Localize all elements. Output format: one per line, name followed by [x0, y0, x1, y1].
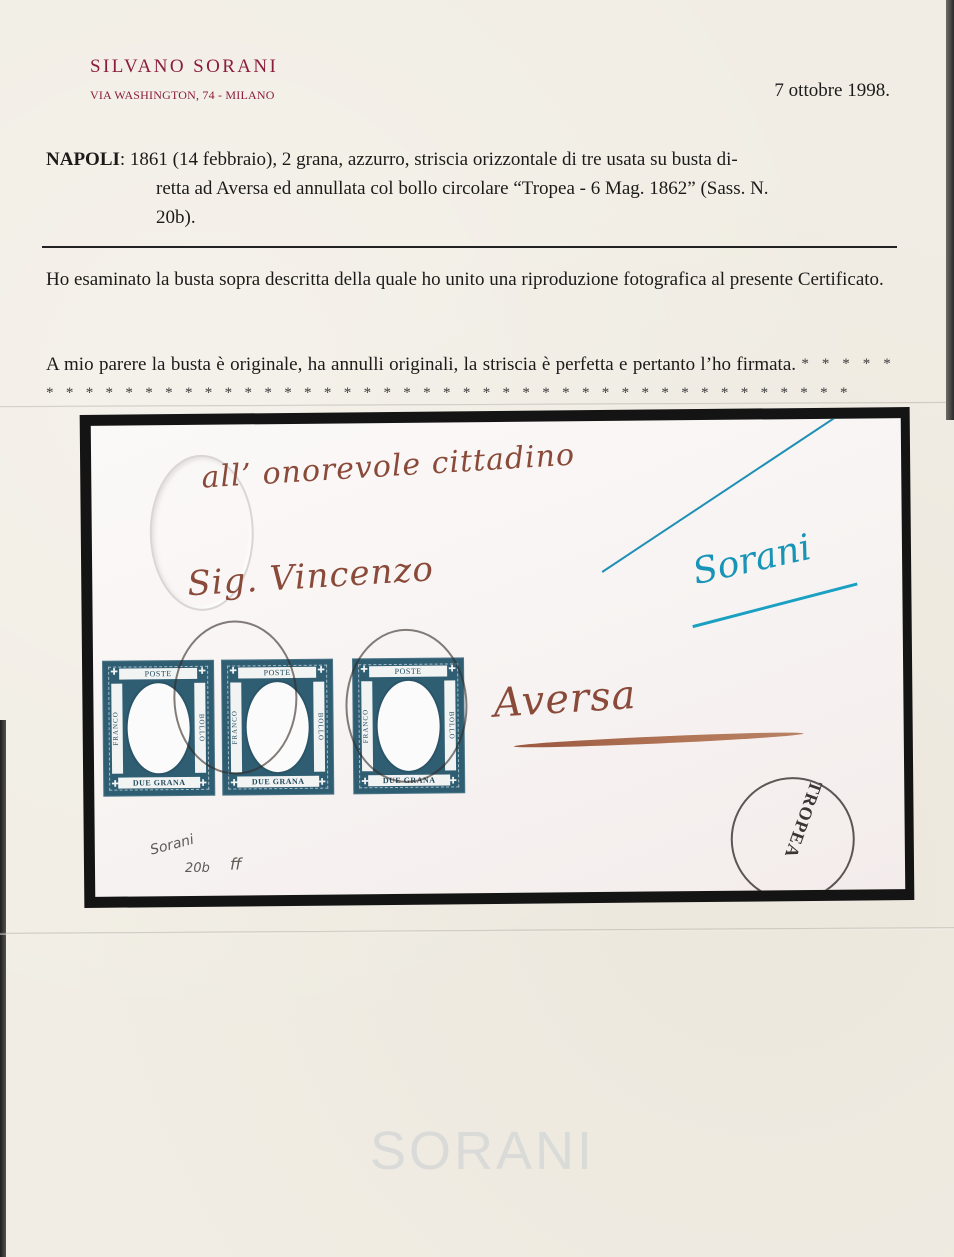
- letterhead: SILVANO SORANI VIA WASHINGTON, 74 - MILA…: [90, 56, 278, 103]
- cross-icon: ✚: [317, 666, 325, 674]
- tropea-postmark: TROPEA: [730, 777, 855, 897]
- item-description: NAPOLI: 1861 (14 febbraio), 2 grana, azz…: [46, 145, 895, 232]
- examination-paragraph: Ho esaminato la busta sopra descritta de…: [46, 265, 895, 294]
- description-line-1: : 1861 (14 febbraio), 2 grana, azzurro, …: [120, 149, 738, 170]
- cover-photograph: all’ onorevole cittadino Sig. Vincenzo A…: [80, 407, 915, 908]
- description-line-3: 20b).: [46, 203, 895, 232]
- scan-edge-right: [946, 0, 954, 420]
- certificate-page: SILVANO SORANI VIA WASHINGTON, 74 - MILA…: [0, 0, 954, 1257]
- postmark-place: TROPEA: [780, 778, 827, 861]
- certificate-date: 7 ottobre 1998.: [774, 80, 890, 102]
- postmark-circle: [173, 620, 298, 775]
- expert-name: SILVANO SORANI: [90, 56, 278, 78]
- description-line-2: retta ad Aversa ed annullata col bollo c…: [46, 174, 895, 203]
- embossed-watermark: SORANI: [370, 1120, 595, 1182]
- postmark-circle: [345, 628, 468, 783]
- cross-icon: ✚: [110, 668, 118, 676]
- divider-rule: [42, 246, 897, 248]
- cross-icon: ✚: [361, 777, 369, 785]
- stamp-value-label: DUE GRANA: [118, 777, 200, 789]
- description-label: NAPOLI: [46, 149, 120, 170]
- cross-icon: ✚: [111, 780, 119, 788]
- expert-signature: Sorani: [689, 527, 815, 593]
- scan-edge-left: [0, 720, 6, 1257]
- opinion-text: A mio parere la busta è originale, ha an…: [46, 354, 796, 375]
- fold-line-bottom: [0, 927, 954, 935]
- cross-icon: ✚: [230, 778, 238, 786]
- pencil-mark: ff: [230, 854, 242, 873]
- address-underline: [514, 730, 804, 750]
- opinion-paragraph: A mio parere la busta è originale, ha an…: [46, 350, 895, 408]
- cross-icon: ✚: [318, 778, 326, 786]
- address-line-1: all’ onorevole cittadino: [200, 437, 576, 495]
- stamp-value-label: DUE GRANA: [237, 776, 319, 788]
- cross-icon: ✚: [199, 779, 207, 787]
- expert-address: VIA WASHINGTON, 74 - MILANO: [90, 88, 278, 103]
- address-line-3: Aversa: [492, 672, 638, 727]
- blue-signature-stroke-2: [692, 582, 857, 628]
- pencil-signature: Sorani: [148, 832, 195, 859]
- cross-icon: ✚: [449, 776, 457, 784]
- pencil-catalog-number: 20b: [185, 861, 210, 876]
- stamp-left-label: FRANCO: [111, 684, 123, 774]
- stamp-right-label: BOLLO: [313, 682, 325, 772]
- envelope: all’ onorevole cittadino Sig. Vincenzo A…: [91, 418, 905, 897]
